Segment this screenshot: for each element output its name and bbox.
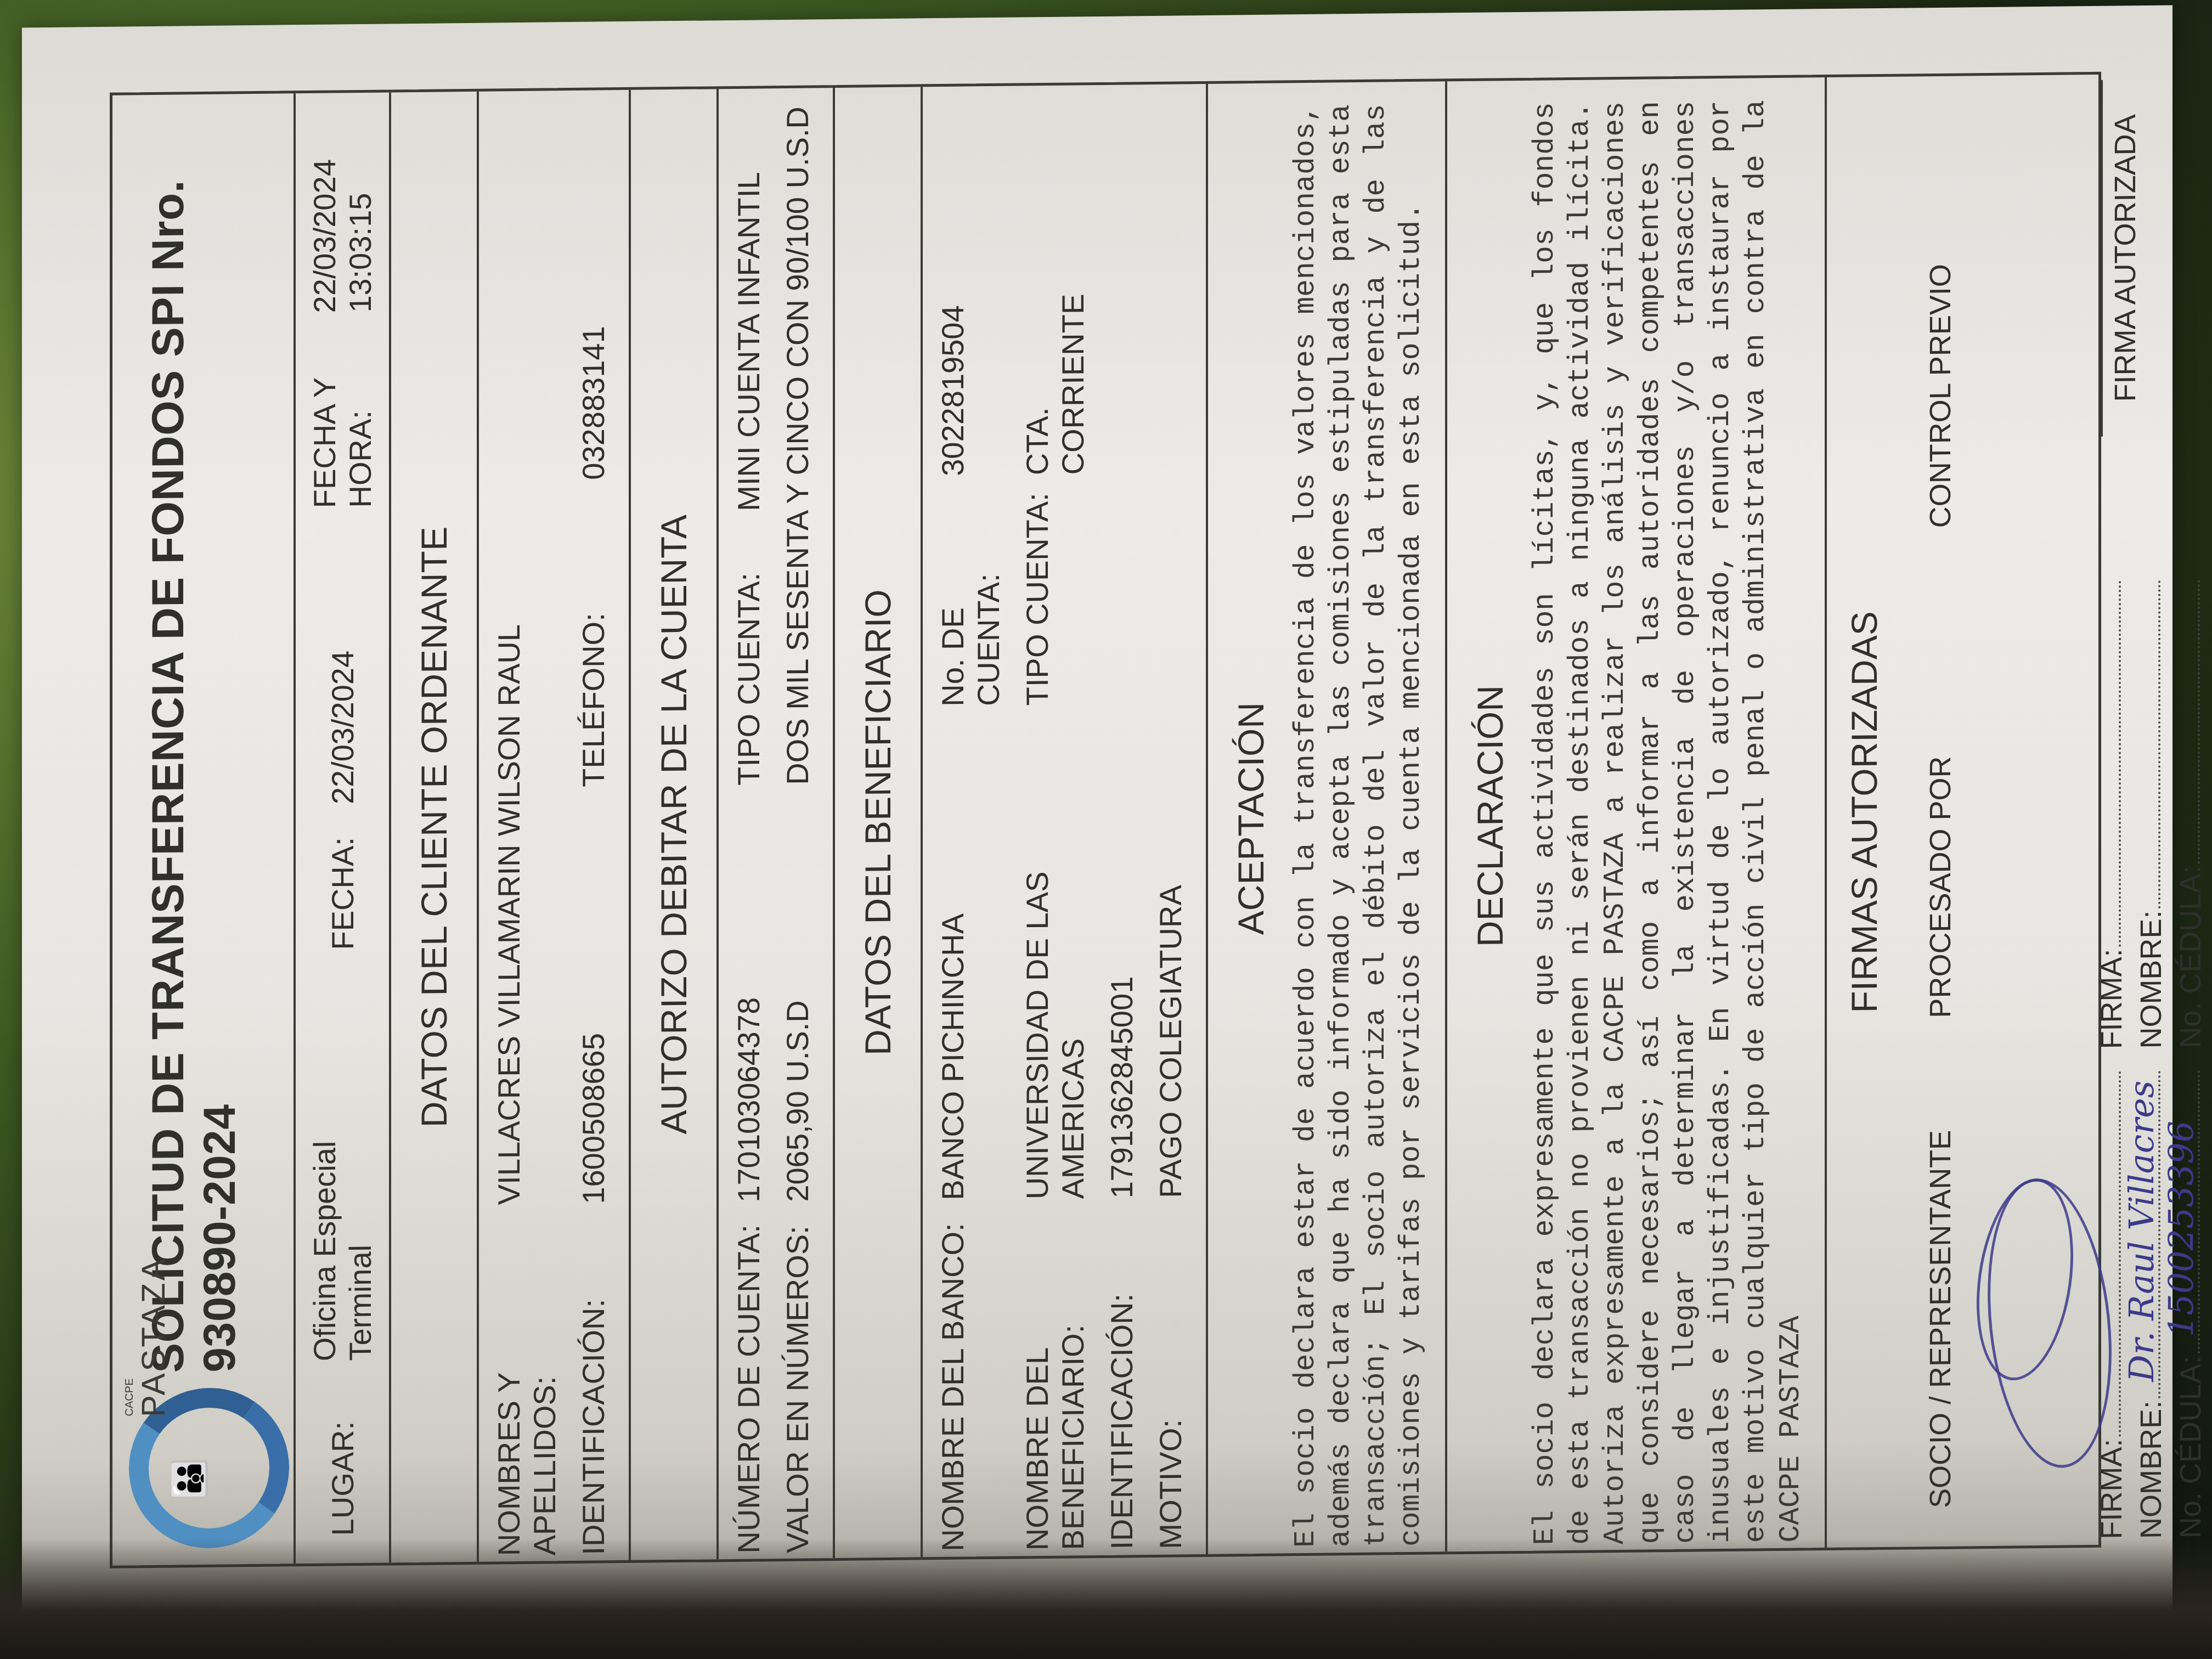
beneficiario-nombre-value: UNIVERSIDAD DE LAS AMERICAS <box>1019 705 1091 1199</box>
procesado-firma-label: FIRMA: <box>2095 949 2129 1049</box>
beneficiario-tipo-label: TIPO CUENTA: <box>1019 475 1091 706</box>
aceptacion-text: El socio declara estar de acuerdo con la… <box>1283 82 1434 1554</box>
socio-signature-block: SOCIO / REPRESENTANTE FIRMA: NOMBRE: Dr.… <box>1896 1053 2212 1547</box>
fecha-hora-label: FECHA Y HORA: <box>307 323 378 508</box>
procesado-head: PROCESADO POR <box>1923 572 1957 1018</box>
signature-grid: SOCIO / REPRESENTANTE FIRMA: NOMBRE: Dr.… <box>1896 73 2212 1547</box>
telefono-value: 032883141 <box>575 326 611 480</box>
socio-cedula-handwritten: 1500253396 <box>2161 1120 2201 1337</box>
fecha-label: FECHA: <box>325 837 360 950</box>
procesado-nombre-label: NOMBRE: <box>2134 910 2168 1049</box>
debito-section: AUTORIZO DEBITAR DE LA CUENTA <box>631 89 719 1560</box>
firma-autorizada-line: FIRMA AUTORIZADA <box>2100 80 2142 437</box>
transfer-request-form-page: 👪 CACPE PASTAZA SOLICITUD DE TRANSFERENC… <box>22 5 2172 1651</box>
ordenante-title: DATOS DEL CLIENTE ORDENANTE <box>397 92 466 1562</box>
socio-cedula-label: No. CÉDULA: <box>2174 1356 2208 1539</box>
hand-shadow <box>0 1538 2212 1659</box>
banco-label: NOMBRE DEL BANCO: <box>935 1200 1006 1551</box>
place-date-row: LUGAR: Oficina Especial Terminal FECHA: … <box>296 92 391 1564</box>
motivo-value: PAGO COLEGIATURA <box>1153 885 1188 1198</box>
beneficiario-data: NOMBRE DEL BANCO: BANCO PICHINCHA No. DE… <box>923 84 1208 1557</box>
fecha-value: 22/03/2024 <box>325 650 360 804</box>
procesado-signature-block: PROCESADO POR FIRMA: NOMBRE: No. CÉDULA: <box>1896 563 2212 1057</box>
procesado-firma-line: FIRMA: <box>2095 570 2129 1049</box>
photo-frame: 👪 CACPE PASTAZA SOLICITUD DE TRANSFERENC… <box>22 16 2172 1640</box>
tipo-cuenta-label: TIPO CUENTA: <box>731 511 766 786</box>
lugar-value: Oficina Especial Terminal <box>307 1092 378 1362</box>
valor-numeros-label: VALOR EN NÚMEROS: <box>780 1201 815 1553</box>
numero-cuenta-value: 170103064378 <box>731 895 766 1203</box>
beneficiario-banco-row: NOMBRE DEL BANCO: BANCO PICHINCHA No. DE… <box>928 86 1013 1558</box>
beneficiario-id-label: IDENTIFICACIÓN: <box>1104 1198 1139 1550</box>
socio-firma-label: FIRMA: <box>2095 1438 2129 1539</box>
form-border: 👪 CACPE PASTAZA SOLICITUD DE TRANSFERENC… <box>110 72 2101 1568</box>
banco-value: BANCO PICHINCHA <box>935 706 1006 1200</box>
declaracion-title: DECLARACIÓN <box>1453 81 1522 1551</box>
motivo-label: MOTIVO: <box>1153 1198 1188 1549</box>
beneficiario-nombre-label: NOMBRE DEL BENEFICIARIO: <box>1019 1199 1091 1550</box>
beneficiario-tipo-value: CTA. CORRIENTE <box>1019 332 1091 475</box>
valor-letras-value: DOS MIL SESENTA Y CINCO CON 90/100 U.S.D <box>780 106 815 785</box>
numero-cuenta-label: NÚMERO DE CUENTA: <box>731 1202 766 1554</box>
beneficiario-title: DATOS DEL BENEFICIARIO <box>840 87 910 1558</box>
logo-name: PASTAZA <box>134 1256 172 1417</box>
socio-nombre-label: NOMBRE: <box>2134 1401 2168 1539</box>
debito-cuenta-row: NÚMERO DE CUENTA: 170103064378 TIPO CUEN… <box>724 88 773 1559</box>
beneficiario-id-value: 1791362845001 <box>1104 976 1139 1199</box>
debito-data: NÚMERO DE CUENTA: 170103064378 TIPO CUEN… <box>719 88 835 1559</box>
nombres-value: VILLACRES VILLAMARIN WILSON RAUL <box>491 624 562 1205</box>
identificacion-label: IDENTIFICACIÓN: <box>575 1204 611 1555</box>
fecha-hora-value: 22/03/2024 13:03:15 <box>307 93 378 313</box>
beneficiario-cuenta-value: 3022819504 <box>935 304 1006 476</box>
declaracion-text: El socio declara expresamente que sus ac… <box>1522 77 1814 1551</box>
socio-head: SOCIO / REPRESENTANTE <box>1923 1062 1957 1508</box>
procesado-nombre-line: NOMBRE: <box>2134 569 2168 1049</box>
people-family-icon: 👪 <box>170 1464 209 1499</box>
valor-numeros-value: 2065,90 U.S.D <box>780 894 815 1202</box>
socio-nombre-handwritten: Dr. Raul Villacres <box>2121 1080 2162 1382</box>
aceptacion-title: ACEPTACIÓN <box>1214 83 1283 1554</box>
beneficiario-motivo-row: MOTIVO: PAGO COLEGIATURA <box>1146 84 1195 1555</box>
socio-cedula-line: No. CÉDULA: 1500253396 <box>2174 1059 2208 1538</box>
beneficiario-cuenta-label: No. DE CUENTA: <box>935 476 1006 707</box>
procesado-cedula-line: No. CÉDULA: <box>2174 569 2208 1048</box>
identificacion-value: 1600508665 <box>575 896 611 1204</box>
ordenante-id-row: IDENTIFICACIÓN: 1600508665 TELÉFONO: 032… <box>569 90 618 1561</box>
declaracion-section: DECLARACIÓN El socio declara expresament… <box>1447 77 1827 1551</box>
procesado-cedula-label: No. CÉDULA: <box>2174 865 2208 1048</box>
aceptacion-section: ACEPTACIÓN El socio declara estar de acu… <box>1208 81 1447 1554</box>
control-head: CONTROL PREVIO <box>1923 82 1957 528</box>
document-title: SOLICITUD DE TRANSFERENCIA DE FONDOS SPI… <box>143 94 246 1373</box>
form-header: 👪 CACPE PASTAZA SOLICITUD DE TRANSFERENC… <box>112 93 296 1565</box>
nombres-label: NOMBRES Y APELLIDOS: <box>491 1204 562 1556</box>
debito-valor-row: VALOR EN NÚMEROS: 2065,90 U.S.D DOS MIL … <box>773 88 822 1559</box>
beneficiario-nombre-row: NOMBRE DEL BENEFICIARIO: UNIVERSIDAD DE … <box>1013 85 1097 1556</box>
lugar-label: LUGAR: <box>325 1421 360 1536</box>
debito-title: AUTORIZO DEBITAR DE LA CUENTA <box>636 89 706 1560</box>
ordenante-section: DATOS DEL CLIENTE ORDENANTE <box>391 92 479 1563</box>
telefono-label: TELÉFONO: <box>575 479 611 787</box>
firmas-title: FIRMAS AUTORIZADAS <box>1827 77 1896 1548</box>
tipo-cuenta-value: MINI CUENTA INFANTIL <box>731 172 766 511</box>
control-signature-block: CONTROL PREVIO FIRMA AUTORIZADA <box>1896 73 2212 567</box>
beneficiario-section: DATOS DEL BENEFICIARIO <box>835 87 923 1558</box>
ordenante-nombres-row: NOMBRES Y APELLIDOS: VILLACRES VILLAMARI… <box>484 91 569 1562</box>
beneficiario-id-row: IDENTIFICACIÓN: 1791362845001 <box>1097 84 1146 1555</box>
ordenante-data: NOMBRES Y APELLIDOS: VILLACRES VILLAMARI… <box>479 90 631 1562</box>
firmas-section: FIRMAS AUTORIZADAS SOCIO / REPRESENTANTE… <box>1827 73 2212 1548</box>
